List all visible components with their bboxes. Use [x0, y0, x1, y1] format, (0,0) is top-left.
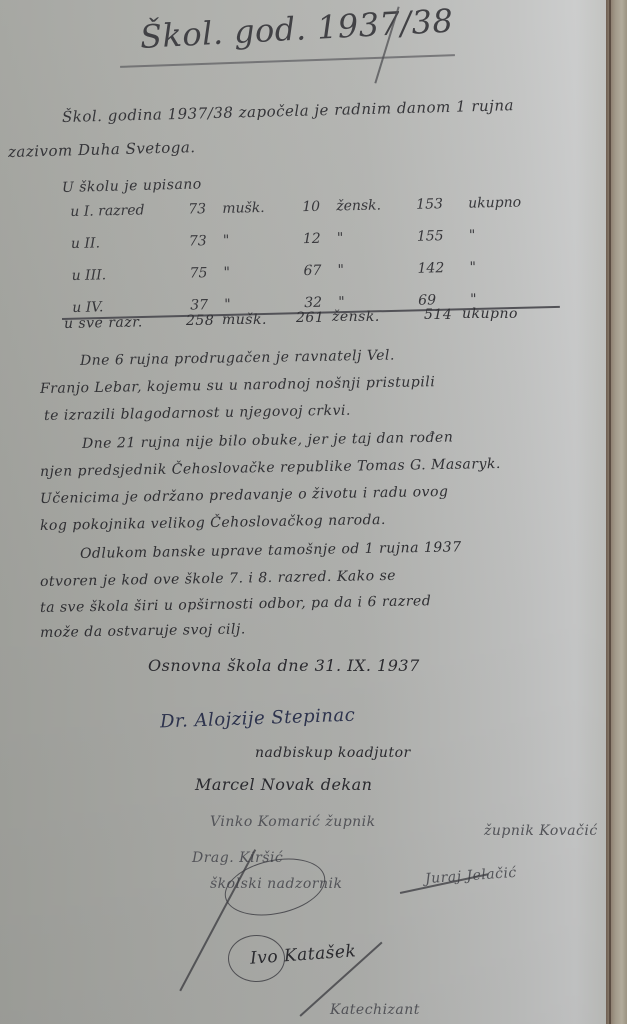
girls-unit: " — [337, 223, 418, 257]
class-label: u II. — [71, 228, 190, 262]
book-binding-edge — [606, 0, 627, 1024]
intro-line-1: Škol. godina 1937/38 započela je radnim … — [62, 96, 514, 126]
total-unit: " — [469, 221, 523, 254]
signature-flourish-stroke — [400, 873, 488, 893]
boys-count: 75 — [189, 259, 224, 292]
signature-1-title: nadbiskup koadjutor — [255, 745, 411, 761]
signature-3: Vinko Komarić župnik — [210, 814, 376, 830]
girls-count: 10 — [302, 192, 337, 225]
sum-label: u sve razr. — [64, 314, 143, 332]
girls-count: 67 — [303, 256, 338, 289]
sum-boys-unit: mušk. — [222, 312, 267, 328]
total-unit: ukupno — [468, 189, 522, 222]
total-count: 153 — [416, 190, 469, 223]
girls-unit: " — [337, 255, 418, 289]
boys-unit: " — [224, 289, 305, 323]
girls-unit: " — [338, 287, 419, 321]
table-row: u I. razred 73 mušk. 10 žensk. 153 ukupn… — [70, 189, 522, 230]
total-count: 142 — [417, 254, 470, 287]
witness-note: župnik Kovačić — [484, 823, 598, 839]
sum-girls: 261 — [296, 310, 324, 326]
signature-6: Ivo Katašek — [249, 941, 356, 968]
signature-flourish-circle — [228, 935, 285, 982]
table-row: u II. 73 " 12 " 155 " — [71, 221, 523, 262]
enrollment-table: u I. razred 73 mušk. 10 žensk. 153 ukupn… — [70, 189, 524, 326]
class-label: u III. — [71, 260, 190, 294]
paragraph-1-line-1: Dne 6 rujna prodrugačen je ravnatelj Vel… — [80, 348, 395, 369]
paragraph-2-line-4: kog pokojnika velikog Čehoslovačkog naro… — [40, 512, 386, 534]
signature-1: Dr. Alojzije Stepinac — [160, 705, 356, 733]
class-label: u IV. — [72, 292, 191, 326]
title-underline — [120, 54, 455, 68]
paragraph-3-line-3: ta sve škola širi u opširnosti odbor, pa… — [40, 593, 432, 616]
sum-boys: 258 — [186, 313, 214, 329]
paragraph-3-line-1: Odlukom banske uprave tamošnje od 1 rujn… — [80, 539, 462, 562]
paragraph-2-line-3: Učenicima je održano predavanje o životu… — [40, 484, 449, 507]
total-unit: " — [469, 253, 523, 286]
boys-unit: " — [223, 257, 304, 291]
signature-2: Marcel Novak dekan — [195, 775, 372, 794]
total-count: 69 — [418, 286, 471, 319]
paragraph-1-line-3: te izrazili blagodarnost u njegovoj crkv… — [44, 403, 351, 424]
sum-girls-unit: žensk. — [332, 309, 380, 325]
paragraph-3-line-4: može da ostvaruje svoj cilj. — [40, 621, 246, 641]
paragraph-1-line-2: Franjo Lebar, kojemu su u narodnoj nošnj… — [40, 374, 436, 397]
title-slash-stroke — [374, 6, 399, 83]
total-unit: " — [470, 285, 524, 318]
table-row: u III. 75 " 67 " 142 " — [71, 253, 523, 294]
paragraph-2-line-1: Dne 21 rujna nije bilo obuke, jer je taj… — [82, 430, 454, 452]
total-count: 155 — [417, 222, 470, 255]
signature-flourish-loop — [220, 850, 331, 924]
sum-total: 514 — [424, 307, 452, 323]
signature-4: Drag. Kiršić — [192, 850, 283, 866]
signature-7: Katechizant — [330, 1002, 420, 1018]
signature-flourish-stroke — [299, 942, 382, 1017]
intro-line-2: zazivom Duha Svetoga. — [8, 138, 196, 161]
paragraph-2-line-2: njen predsjednik Čehoslovačke republike … — [40, 456, 501, 480]
notebook-page: Škol. god. 1937/38 Škol. godina 1937/38 … — [0, 0, 606, 1024]
boys-count: 37 — [190, 291, 225, 324]
class-label: u I. razred — [70, 196, 189, 230]
binding-line — [609, 0, 611, 1024]
boys-unit: " — [223, 225, 304, 259]
place-date: Osnovna škola dne 31. IX. 1937 — [148, 656, 420, 675]
signature-5: Juraj Jelačić — [425, 865, 518, 887]
boys-count: 73 — [189, 227, 224, 260]
page-title: Škol. god. 1937/38 — [139, 2, 454, 56]
girls-count: 32 — [304, 288, 339, 321]
boys-unit: mušk. — [222, 193, 303, 227]
boys-count: 73 — [188, 195, 223, 228]
sum-total-unit: ukupno — [462, 306, 518, 322]
girls-count: 12 — [303, 224, 338, 257]
signature-4-title: školski nadzornik — [210, 876, 342, 892]
signature-flourish-stroke — [179, 849, 256, 991]
sum-rule-line — [62, 306, 560, 320]
paragraph-3-line-2: otvoren je kod ove škole 7. i 8. razred.… — [40, 568, 396, 590]
table-row: u IV. 37 " 32 " 69 " — [72, 285, 524, 326]
girls-unit: žensk. — [336, 191, 417, 225]
enrollment-heading: U školu je upisano — [62, 176, 202, 196]
